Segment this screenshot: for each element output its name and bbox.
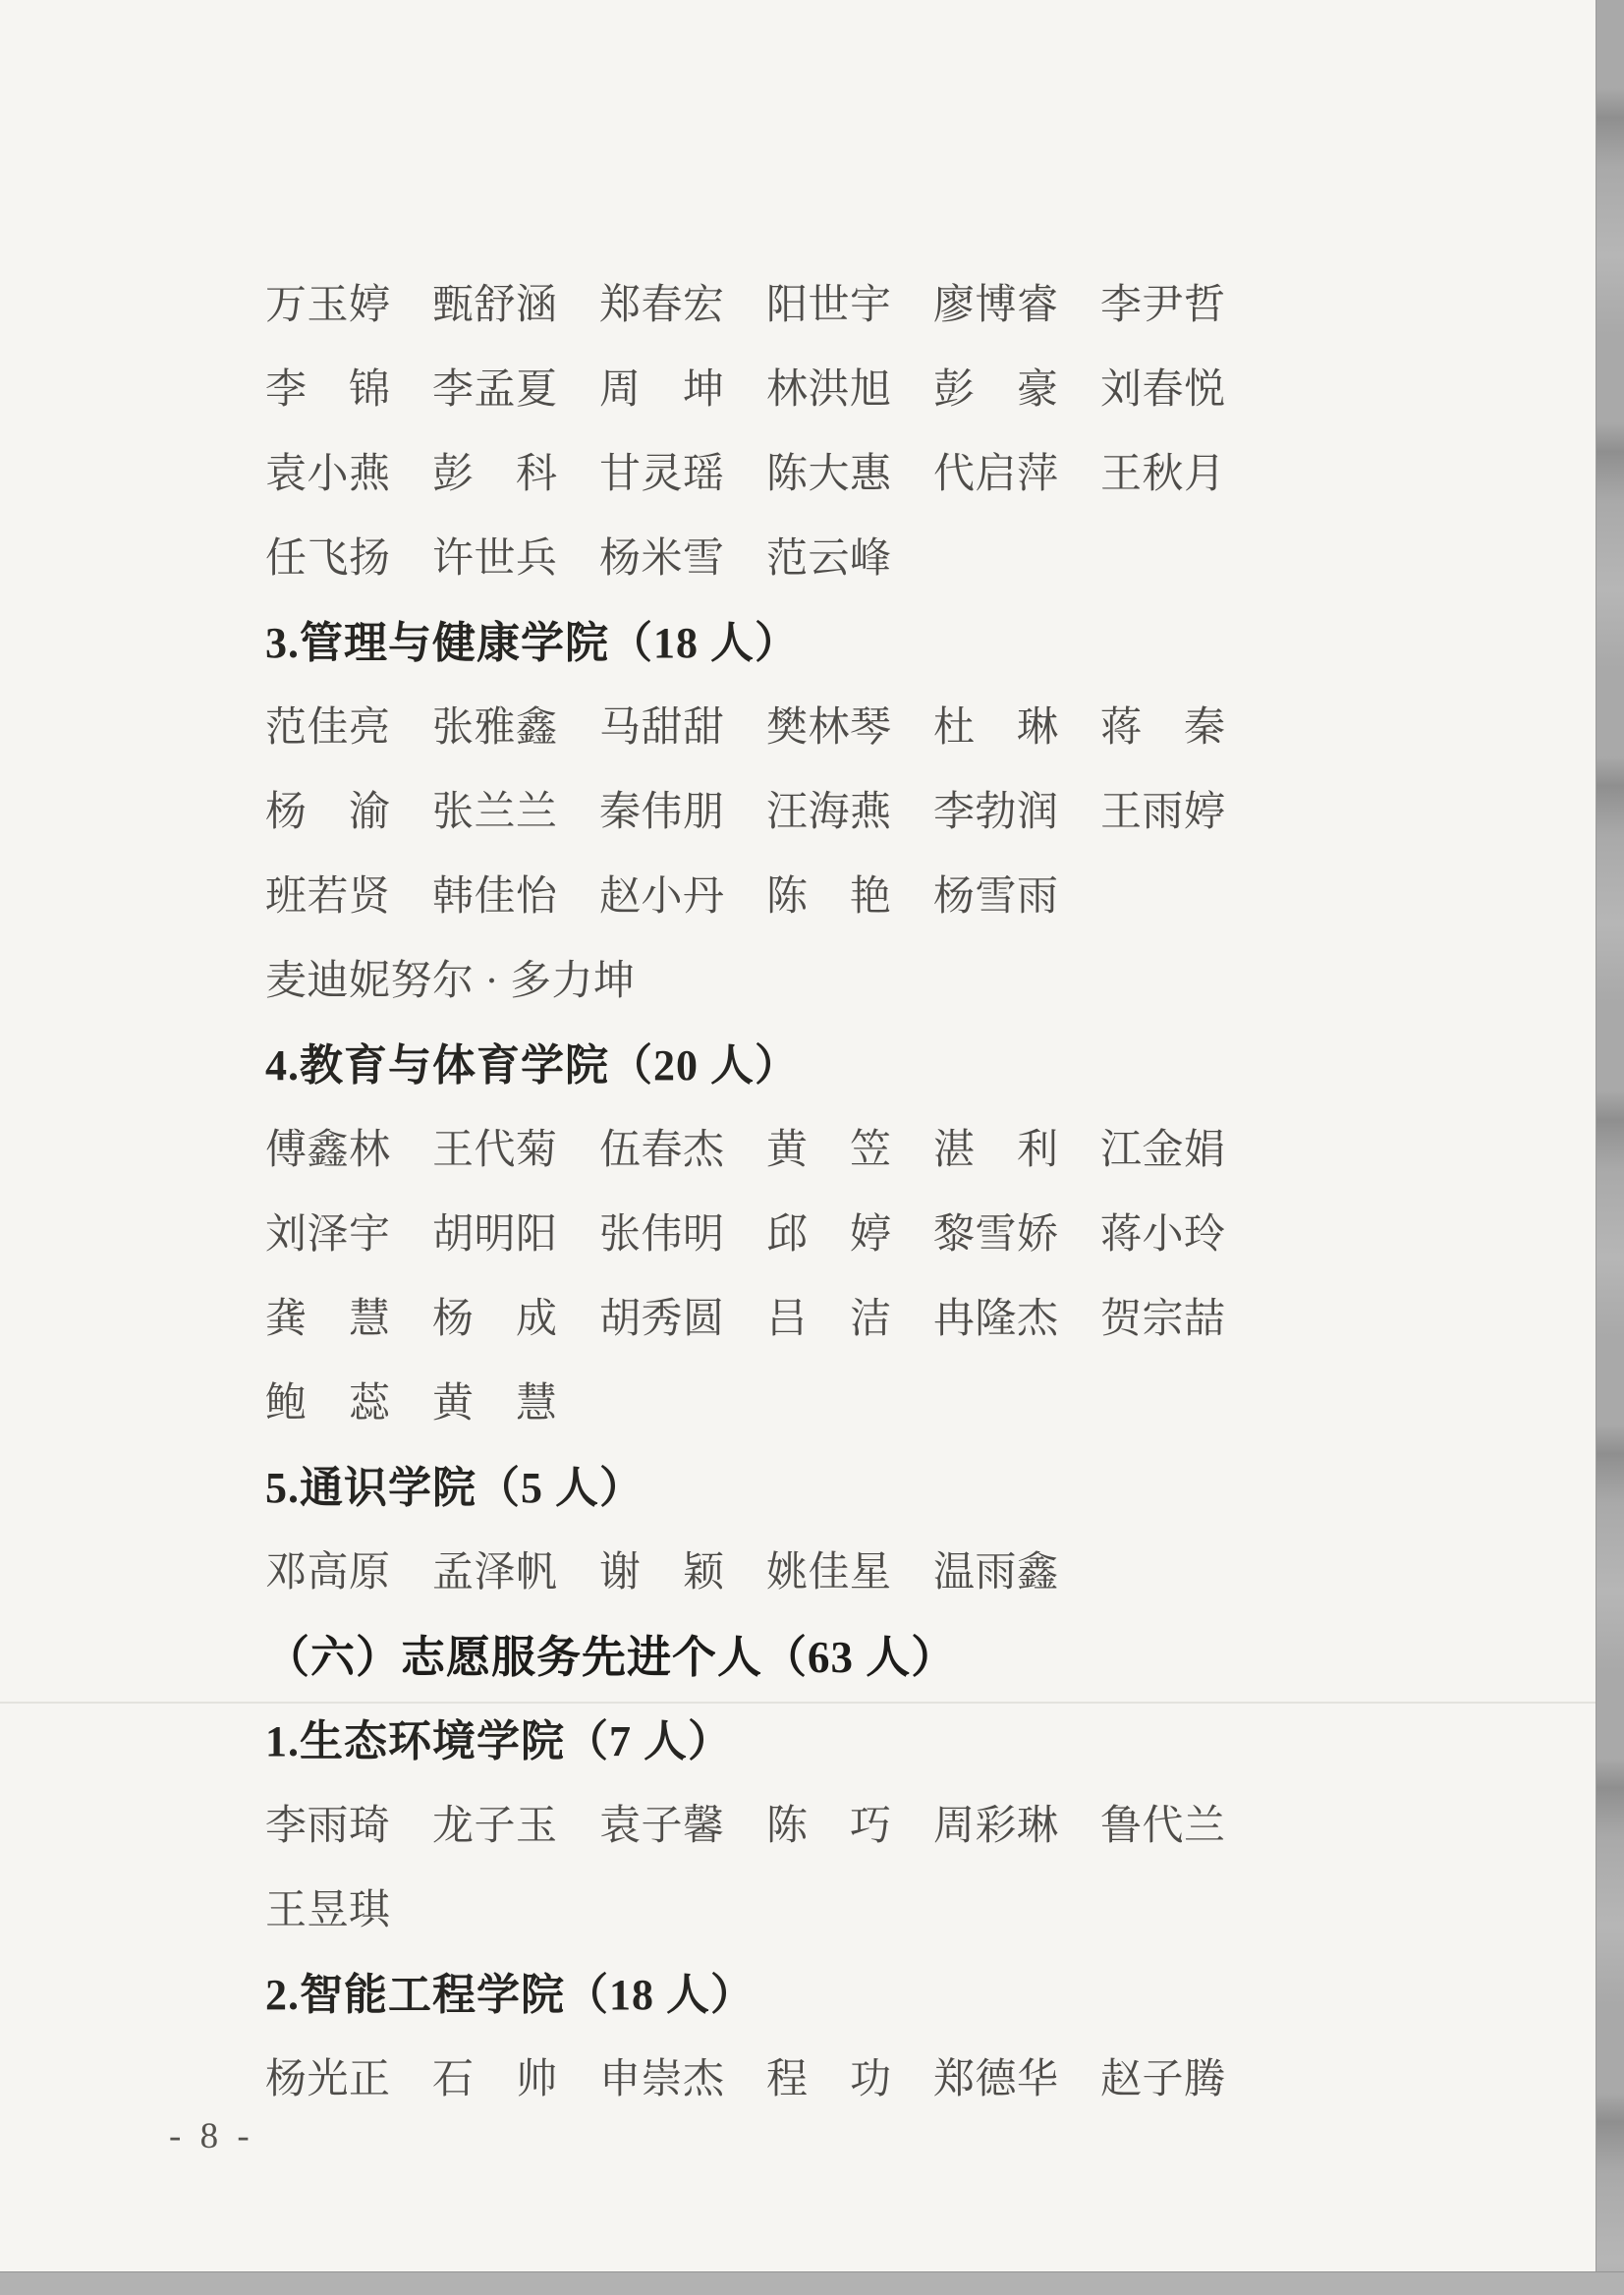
name-line: 任飞扬 许世兵 杨米雪 范云峰 [265,517,1336,601]
name-line: 王昱琪 [265,1869,1336,1953]
document-body: 万玉婷 甄舒涵 郑春宏 阳世宇 廖博睿 李尹哲李 锦 李孟夏 周 坤 林洪旭 彭… [265,263,1336,2122]
name-line: 傅鑫林 王代菊 伍春杰 黄 笠 湛 利 江金娟 [265,1108,1336,1193]
name-line: 杨光正 石 帅 申崇杰 程 功 郑德华 赵子腾 [265,2038,1336,2122]
section-heading: 3.管理与健康学院（18 人） [265,601,1336,686]
name-line: 李雨琦 龙子玉 袁子馨 陈 巧 周彩琳 鲁代兰 [265,1784,1336,1869]
name-line: 袁小燕 彭 科 甘灵瑶 陈大惠 代启萍 王秋月 [265,432,1336,517]
name-line: 李 锦 李孟夏 周 坤 林洪旭 彭 豪 刘春悦 [265,348,1336,432]
name-line: 班若贤 韩佳怡 赵小丹 陈 艳 杨雪雨 [265,855,1336,939]
page-number: - 8 - [169,2112,254,2161]
section-heading: 4.教育与体育学院（20 人） [265,1024,1336,1108]
scanner-edge-strip-right [1596,0,1624,2295]
section-heading: 1.生态环境学院（7 人） [265,1700,1336,1784]
section-heading: 5.通识学院（5 人） [265,1446,1336,1531]
name-line: 杨 渝 张兰兰 秦伟朋 汪海燕 李勃润 王雨婷 [265,770,1336,855]
name-line: 范佳亮 张雅鑫 马甜甜 樊林琴 杜 琳 蒋 秦 [265,686,1336,770]
scanner-edge-strip-bottom [0,2271,1624,2295]
name-line: 麦迪妮努尔 · 多力坤 [265,939,1336,1024]
name-line: 鲍 蕊 黄 慧 [265,1362,1336,1446]
section-heading: 2.智能工程学院（18 人） [265,1953,1336,2038]
name-line: 龚 慧 杨 成 胡秀圆 吕 洁 冉隆杰 贺宗喆 [265,1277,1336,1362]
name-line: 刘泽宇 胡明阳 张伟明 邱 婷 黎雪娇 蒋小玲 [265,1193,1336,1277]
section-heading: （六）志愿服务先进个人（63 人） [265,1615,1336,1700]
name-line: 万玉婷 甄舒涵 郑春宏 阳世宇 廖博睿 李尹哲 [265,263,1336,348]
name-line: 邓高原 孟泽帆 谢 颖 姚佳星 温雨鑫 [265,1531,1336,1615]
